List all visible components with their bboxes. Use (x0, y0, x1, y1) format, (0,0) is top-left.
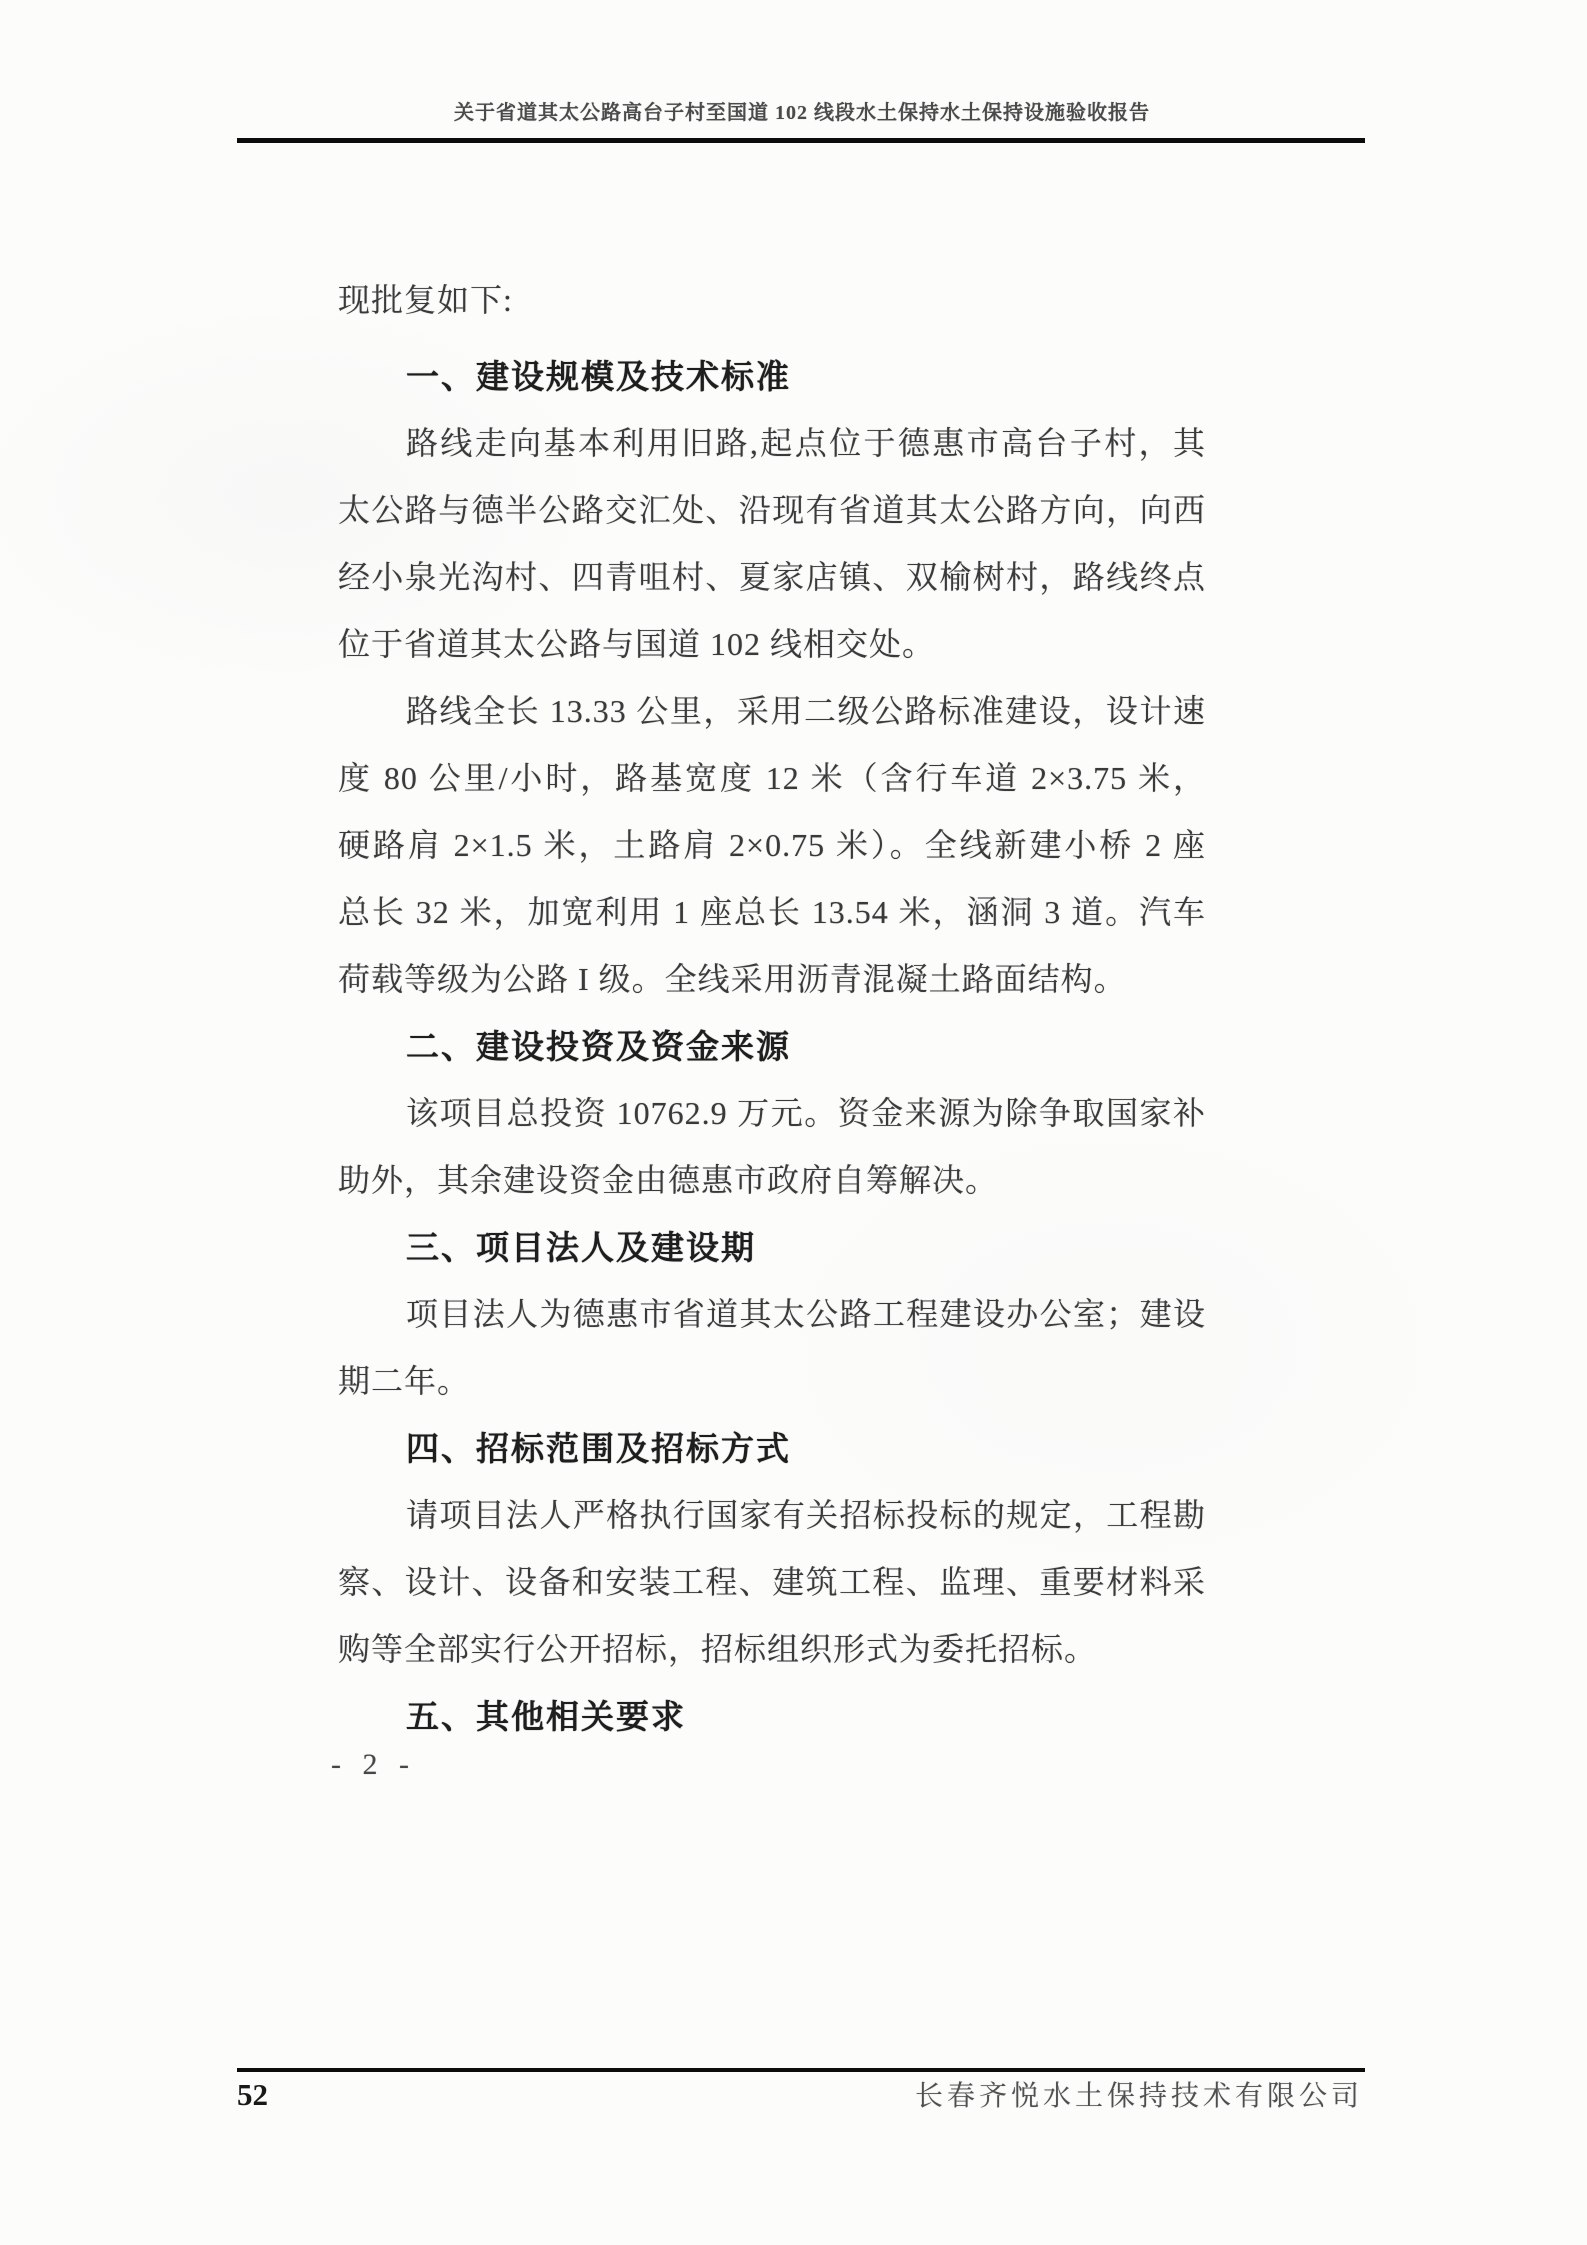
section-3-heading: 三、项目法人及建设期 (338, 1214, 1206, 1281)
scanned-document-page: 关于省道其太公路高台子村至国道 102 线段水土保持水土保持设施验收报告 现批复… (0, 0, 1587, 2245)
text-line: 路线走向基本利用旧路,起点位于德惠市高台子村，其 (338, 410, 1206, 477)
text-line: 荷载等级为公路 I 级。全线采用沥青混凝土路面结构。 (338, 946, 1206, 1013)
text-line: 经小泉光沟村、四青咀村、夏家店镇、双榆树村，路线终点 (338, 544, 1206, 611)
intro-line: 现批复如下: (338, 267, 1206, 334)
footer-rule (237, 2068, 1365, 2072)
text-line: 请项目法人严格执行国家有关招标投标的规定，工程勘 (338, 1482, 1206, 1549)
text-line: 察、设计、设备和安装工程、建筑工程、监理、重要材料采 (338, 1549, 1206, 1616)
document-body: 现批复如下: 一、建设规模及技术标准 路线走向基本利用旧路,起点位于德惠市高台子… (338, 267, 1206, 1750)
section-1-heading: 一、建设规模及技术标准 (338, 343, 1206, 410)
running-header-title: 关于省道其太公路高台子村至国道 102 线段水土保持水土保持设施验收报告 (238, 96, 1366, 130)
text-line: 期二年。 (338, 1348, 1206, 1415)
footer-company-name: 长春齐悦水土保持技术有限公司 (915, 2080, 1363, 2114)
text-line: 项目法人为德惠市省道其太公路工程建设办公室；建设 (338, 1281, 1206, 1348)
text-line: 总长 32 米，加宽利用 1 座总长 13.54 米，涵洞 3 道。汽车 (338, 879, 1206, 946)
document-page-number: - 2 - (331, 1748, 416, 1782)
footer-page-number: 52 (237, 2077, 268, 2113)
text-line: 购等全部实行公开招标，招标组织形式为委托招标。 (338, 1616, 1206, 1683)
section-5-heading: 五、其他相关要求 (338, 1683, 1206, 1750)
text-line: 位于省道其太公路与国道 102 线相交处。 (338, 611, 1206, 678)
text-line: 该项目总投资 10762.9 万元。资金来源为除争取国家补 (338, 1080, 1206, 1147)
text-line: 太公路与德半公路交汇处、沿现有省道其太公路方向，向西 (338, 477, 1206, 544)
text-line: 硬路肩 2×1.5 米，土路肩 2×0.75 米）。全线新建小桥 2 座 (338, 812, 1206, 879)
text-line: 路线全长 13.33 公里，采用二级公路标准建设，设计速 (338, 678, 1206, 745)
header-rule (237, 138, 1365, 143)
text-line: 助外，其余建设资金由德惠市政府自筹解决。 (338, 1147, 1206, 1214)
section-2-heading: 二、建设投资及资金来源 (338, 1013, 1206, 1080)
text-line: 度 80 公里/小时，路基宽度 12 米（含行车道 2×3.75 米， (338, 745, 1206, 812)
section-4-heading: 四、招标范围及招标方式 (338, 1415, 1206, 1482)
